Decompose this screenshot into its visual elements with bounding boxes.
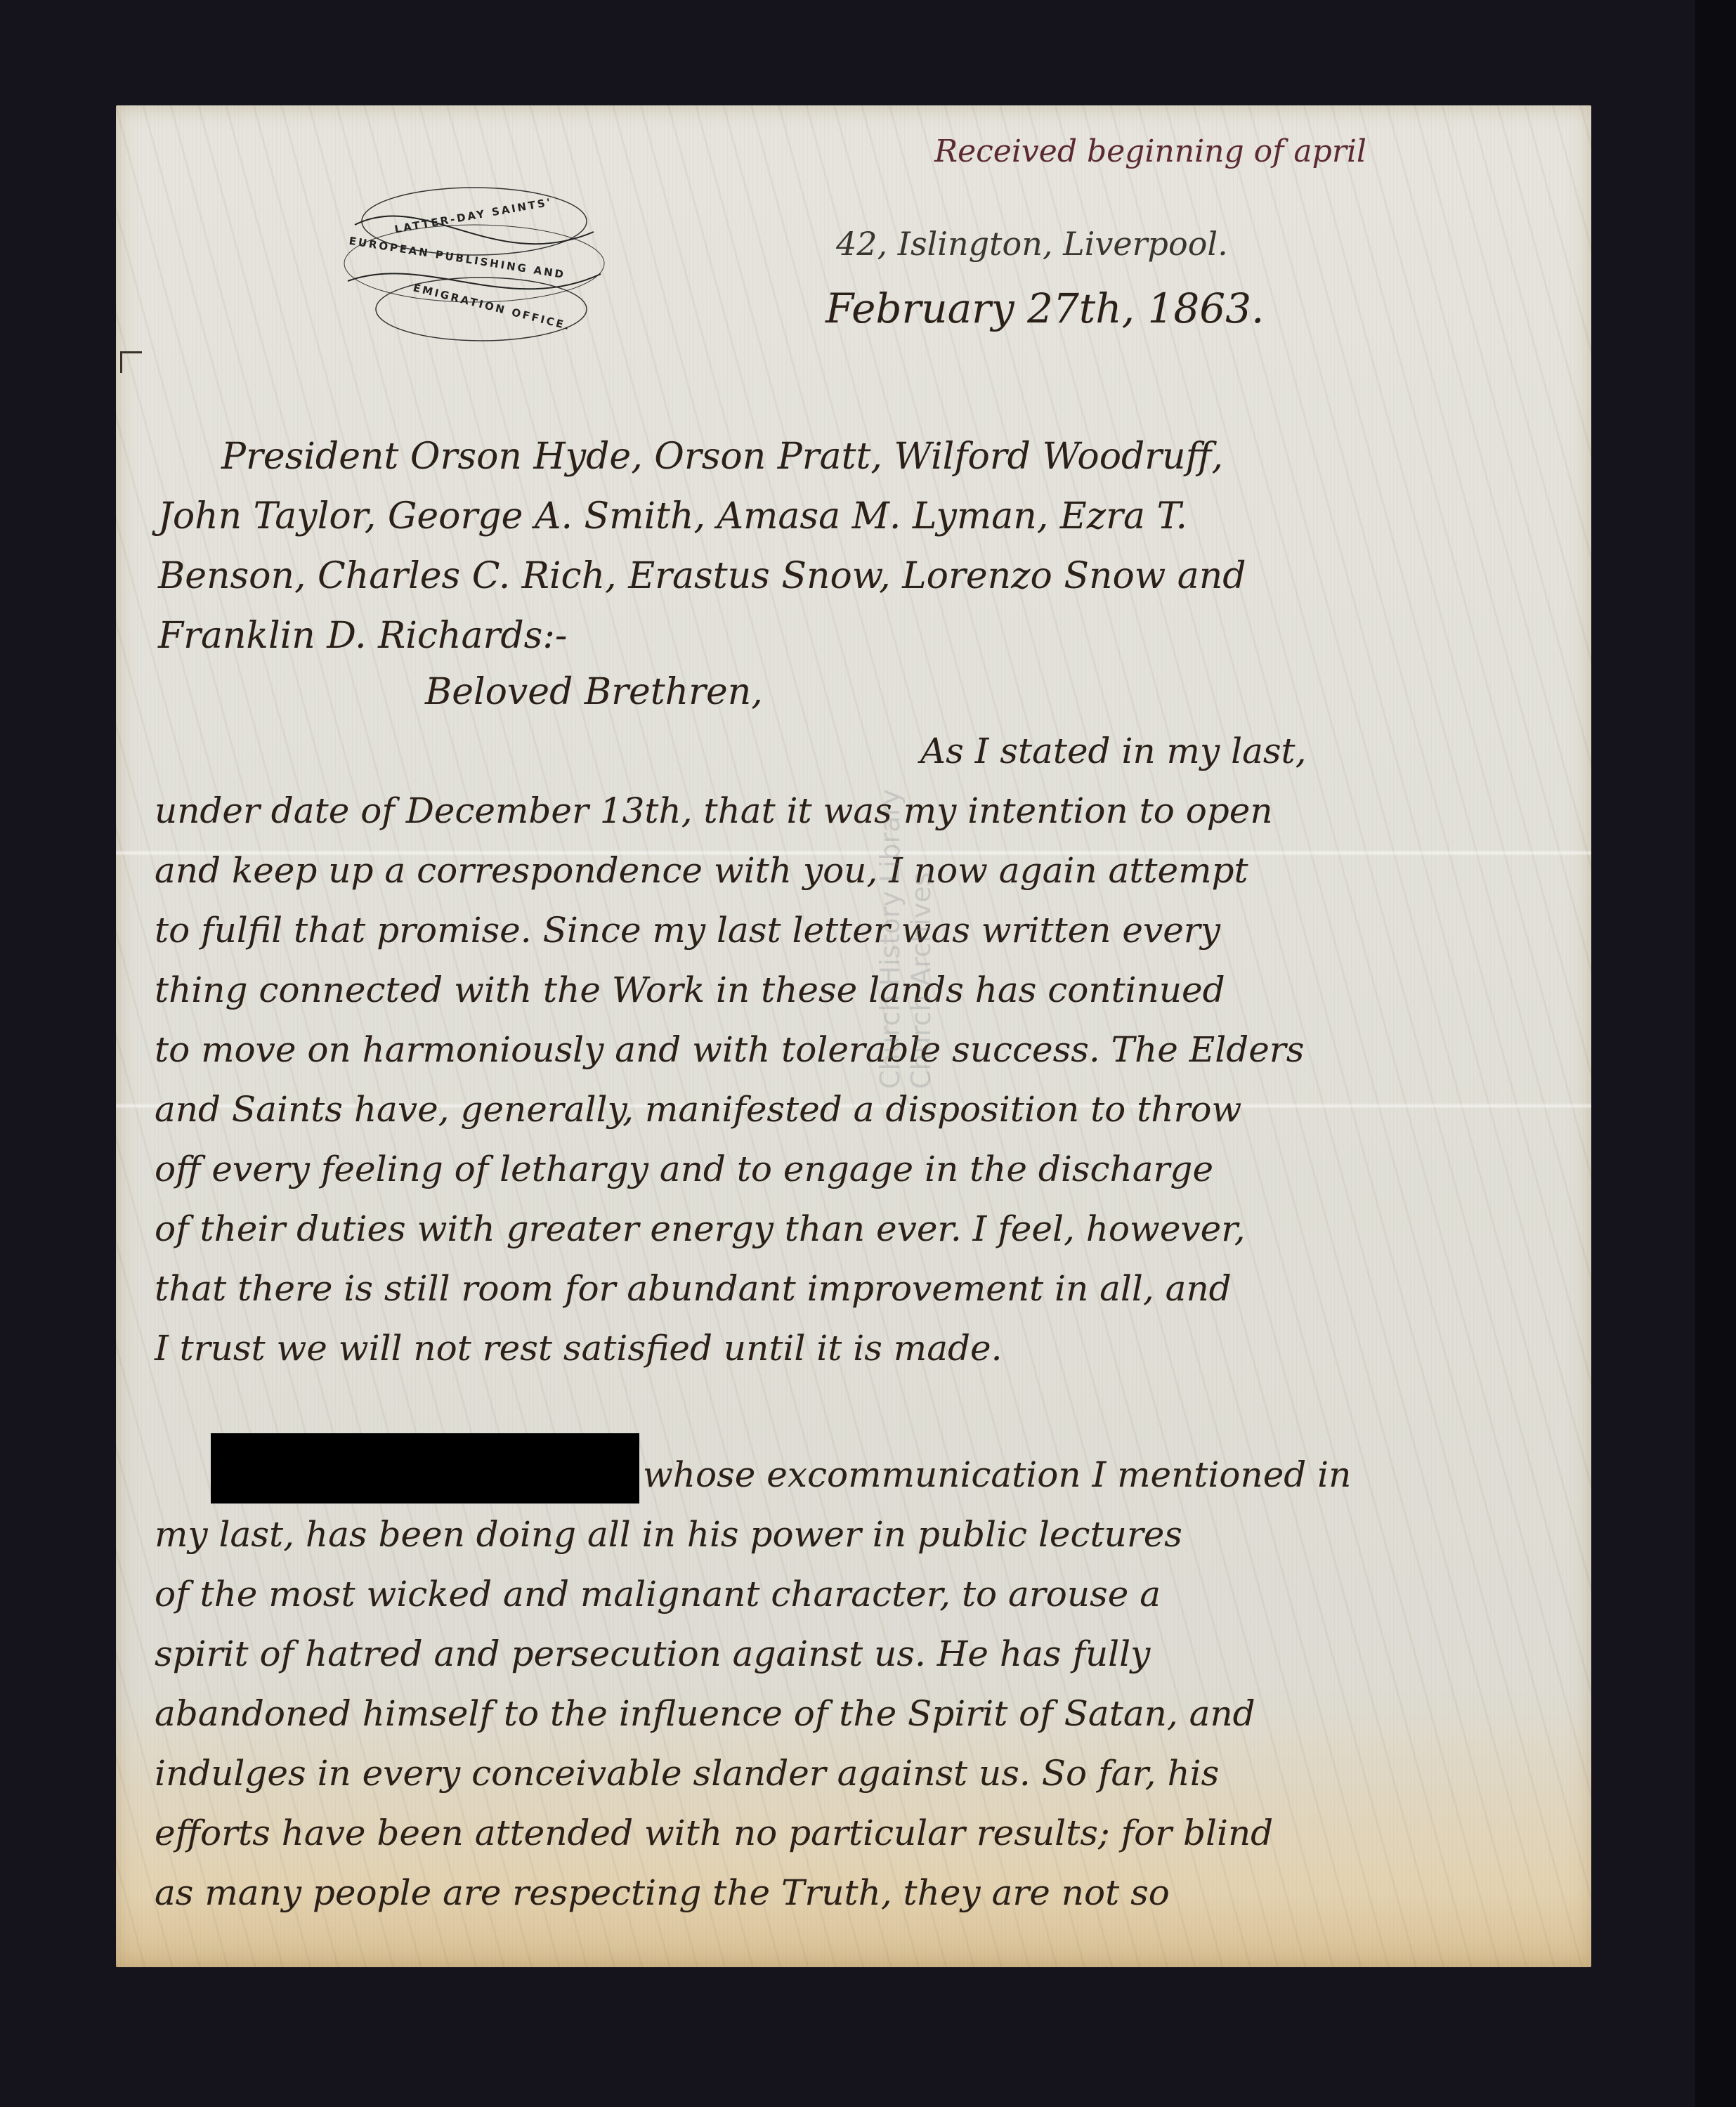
margin-mark [120,351,142,373]
received-note: Received beginning of april [934,133,1366,169]
archive-watermark: Church History Library Church Archives [875,789,936,1089]
letter-date: February 27th, 1863. [825,285,1265,332]
body-line: of the most wicked and malignant charact… [155,1574,1161,1615]
body-line: my last, has been doing all in his power… [155,1514,1182,1555]
letter-page: LATTER-DAY SAINTS' EUROPEAN PUBLISHING A… [116,105,1591,1967]
body-line: abandoned himself to the influence of th… [155,1693,1255,1734]
body-line: to move on harmoniously and with tolerab… [155,1029,1304,1070]
letterhead-stamp: LATTER-DAY SAINTS' EUROPEAN PUBLISHING A… [341,176,608,344]
sender-address: 42, Islington, Liverpool. [836,225,1228,263]
body-line: thing connected with the Work in these l… [155,970,1225,1010]
body-line: as many people are respecting the Truth,… [155,1872,1170,1913]
addressee-line: John Taylor, George A. Smith, Amasa M. L… [158,495,1187,537]
body-line: and Saints have, generally, manifested a… [155,1089,1241,1130]
body-line: under date of December 13th, that it was… [155,790,1273,831]
body-line: off every feeling of lethargy and to eng… [155,1149,1213,1189]
greeting: Beloved Brethren, [425,671,763,713]
addressee-line: President Orson Hyde, Orson Pratt, Wilfo… [221,436,1223,478]
body-line: of their duties with greater energy than… [155,1208,1246,1249]
addressee-line: Franklin D. Richards:- [158,615,567,657]
body-line: efforts have been attended with no parti… [155,1813,1273,1853]
body-line: I trust we will not rest satisfied until… [155,1328,1003,1369]
watermark-line: Church History Library [875,789,906,1089]
body-line: to fulfil that promise. Since my last le… [155,910,1220,951]
redaction-box [211,1433,639,1503]
body-line: As I stated in my last, [920,731,1307,771]
addressee-line: Benson, Charles C. Rich, Erastus Snow, L… [158,555,1246,597]
body-line: and keep up a correspondence with you, I… [155,850,1248,891]
body-line: indulges in every conceivable slander ag… [155,1753,1219,1794]
body-line: whose excommunication I mentioned in [643,1454,1351,1495]
watermark-line: Church Archives [906,789,936,1089]
right-mat-edge [1695,0,1736,2107]
body-line: that there is still room for abundant im… [155,1268,1232,1309]
body-line: spirit of hatred and persecution against… [155,1633,1150,1674]
